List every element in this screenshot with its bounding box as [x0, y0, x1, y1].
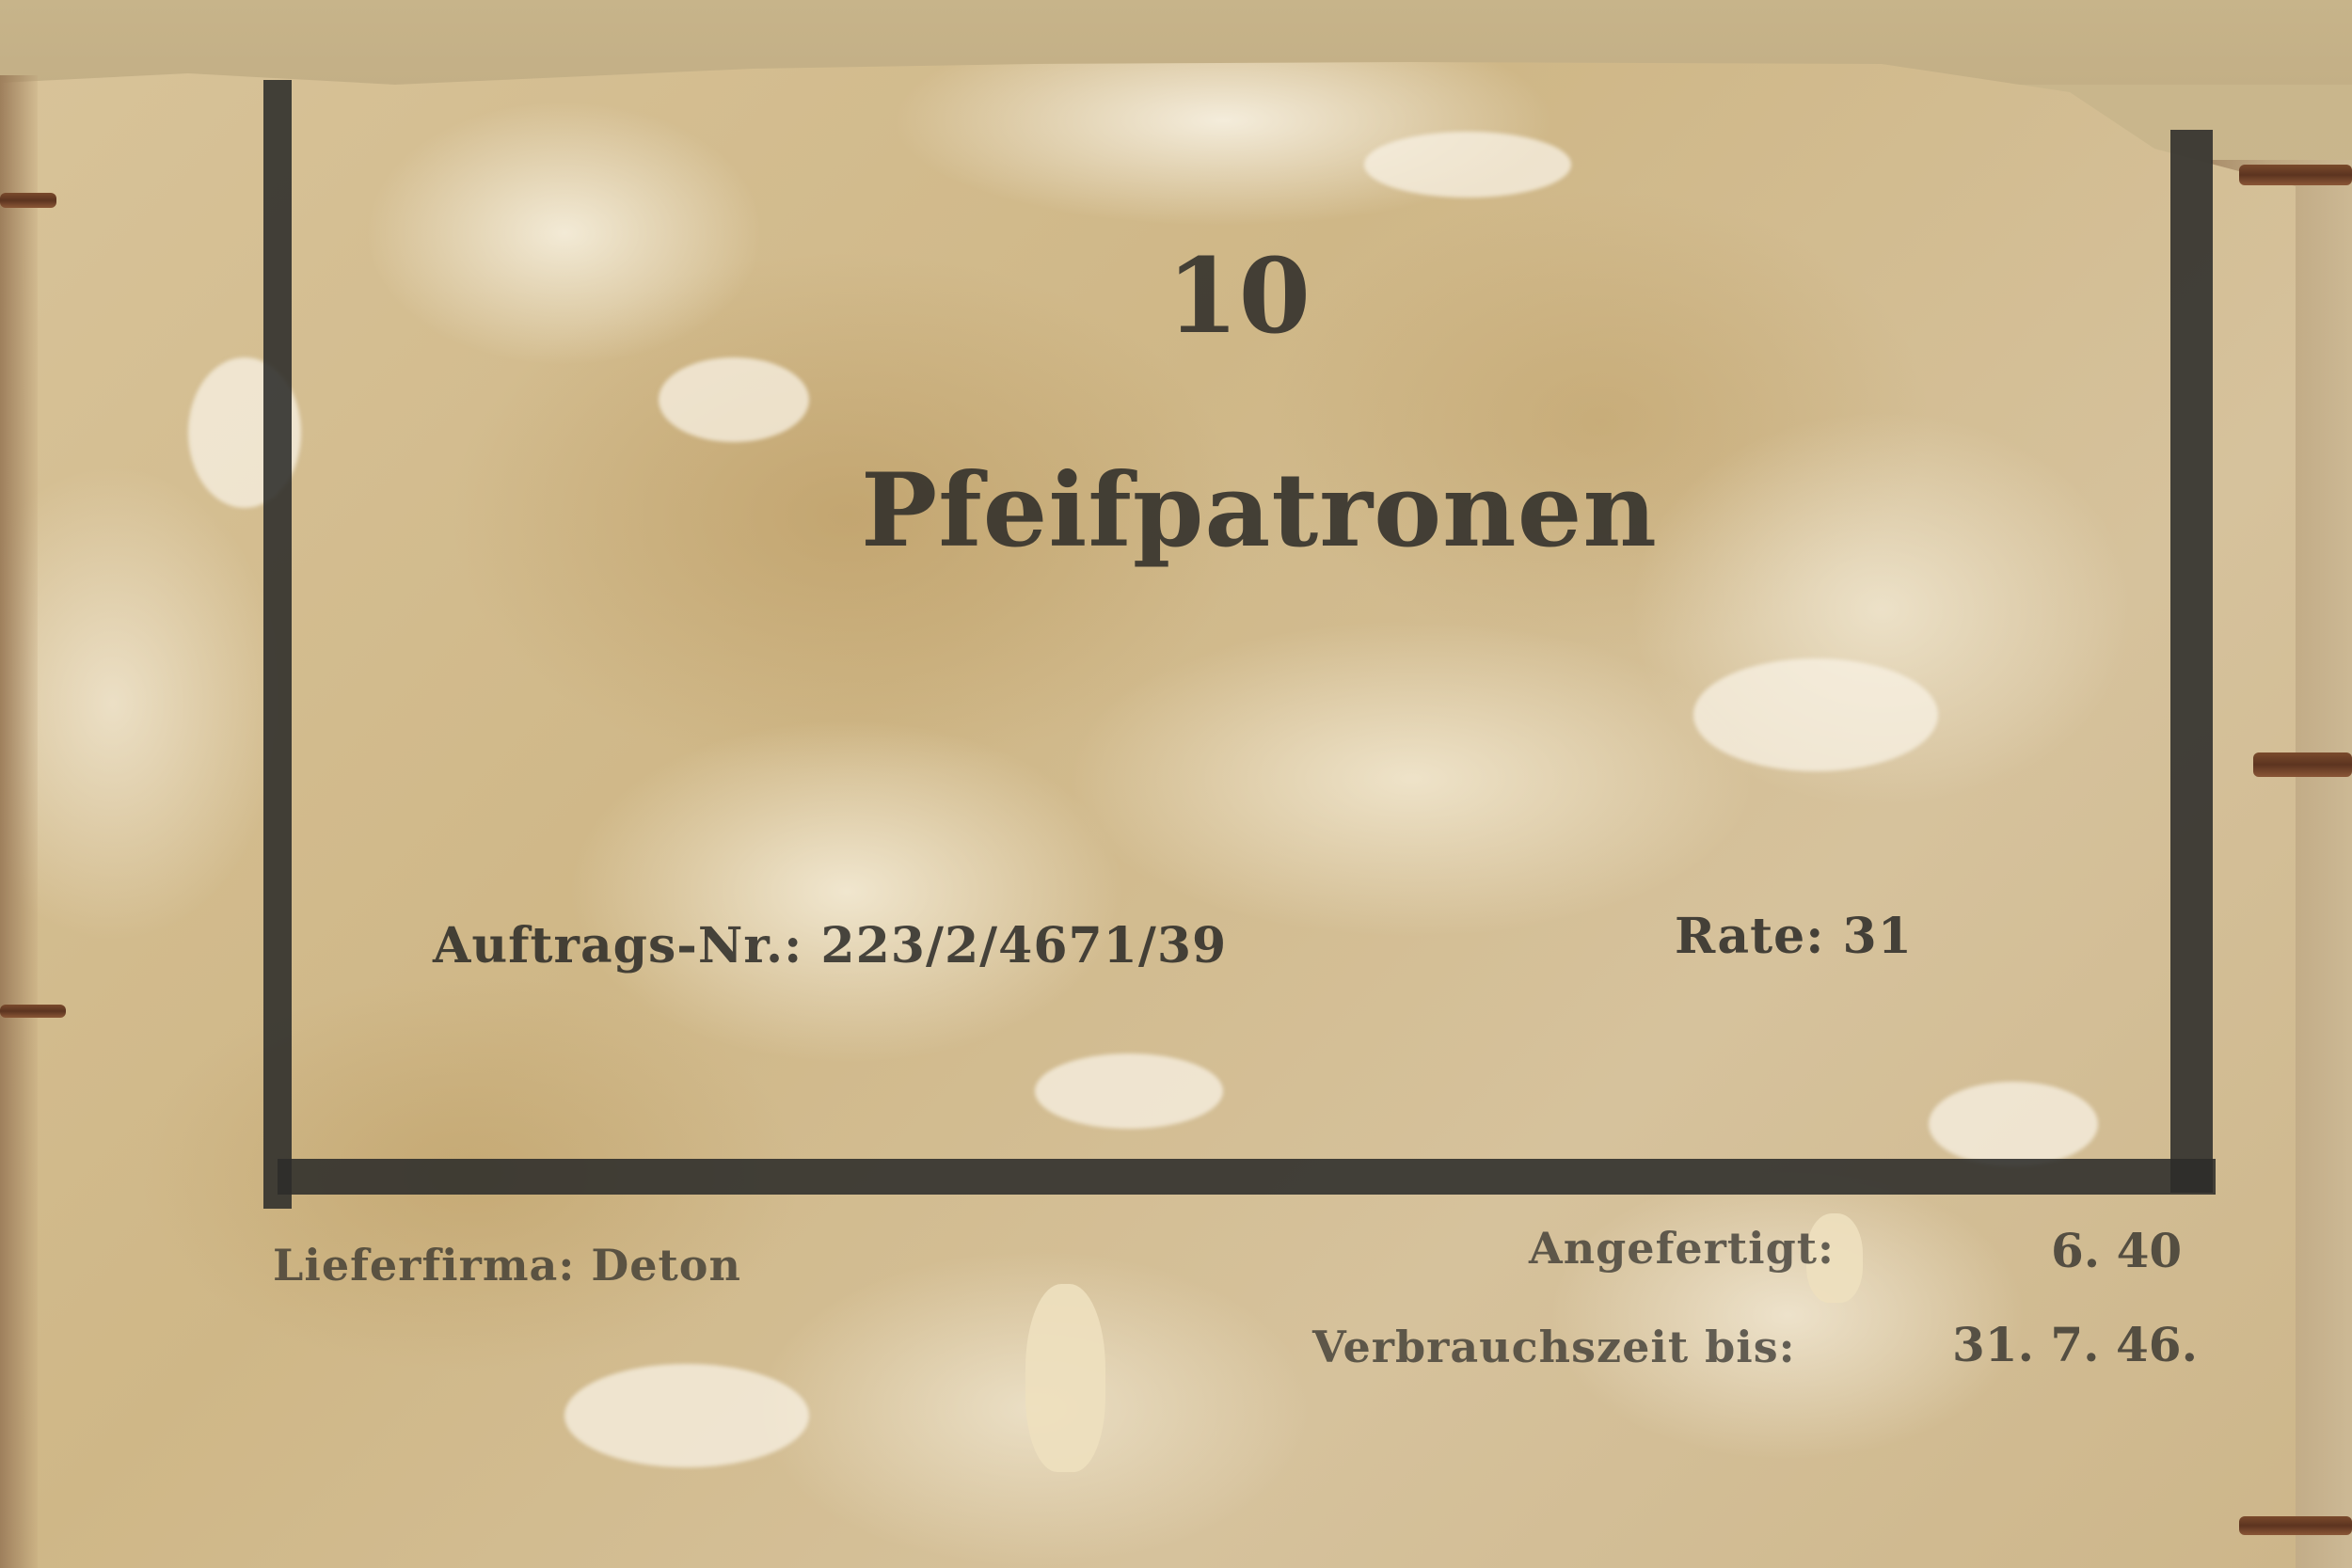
paper-patch	[1025, 1284, 1105, 1472]
supplier-line: Lieferfirma: Deton	[273, 1240, 741, 1291]
manufactured-label: Angefertigt:	[1529, 1223, 1835, 1274]
stencil-frame-left	[263, 80, 292, 1209]
mold-spot	[1364, 132, 1571, 198]
supplier-label: Lieferfirma:	[273, 1240, 575, 1291]
mold-spot	[564, 1364, 809, 1467]
use-by-value: 31. 7. 46.	[1952, 1317, 2198, 1372]
stencil-frame-right	[2170, 130, 2213, 1193]
supplier-value: Deton	[591, 1240, 741, 1291]
rusty-staple	[2239, 1516, 2352, 1535]
order-number-label: Auftrags-Nr.:	[433, 917, 803, 974]
rusty-staple	[0, 1005, 66, 1018]
use-by-label: Verbrauchszeit bis:	[1312, 1322, 1796, 1372]
label-paper	[0, 45, 2296, 1568]
rusty-staple	[0, 193, 56, 208]
cartridge-count: 10	[1167, 235, 1311, 356]
stencil-frame-bottom	[278, 1159, 2216, 1195]
mold-spot	[1929, 1082, 2098, 1166]
torn-edge-left	[0, 75, 38, 1568]
order-number-value: 223/2/4671/39	[820, 917, 1227, 974]
mold-spot	[659, 357, 809, 442]
product-title: Pfeifpatronen	[861, 451, 1658, 570]
rusty-staple	[2239, 165, 2352, 185]
order-number-line: Auftrags-Nr.: 223/2/4671/39	[433, 917, 1227, 974]
rusty-staple	[2253, 752, 2352, 777]
mold-spot	[1035, 1053, 1223, 1129]
manufactured-value: 6. 40	[2051, 1223, 2182, 1278]
rate-line: Rate: 31	[1675, 908, 1913, 965]
photo-scene: 10 Pfeifpatronen Auftrags-Nr.: 223/2/467…	[0, 0, 2352, 1568]
mold-spot	[1693, 658, 1938, 771]
rate-value: 31	[1843, 908, 1913, 965]
rate-label: Rate:	[1675, 908, 1824, 965]
